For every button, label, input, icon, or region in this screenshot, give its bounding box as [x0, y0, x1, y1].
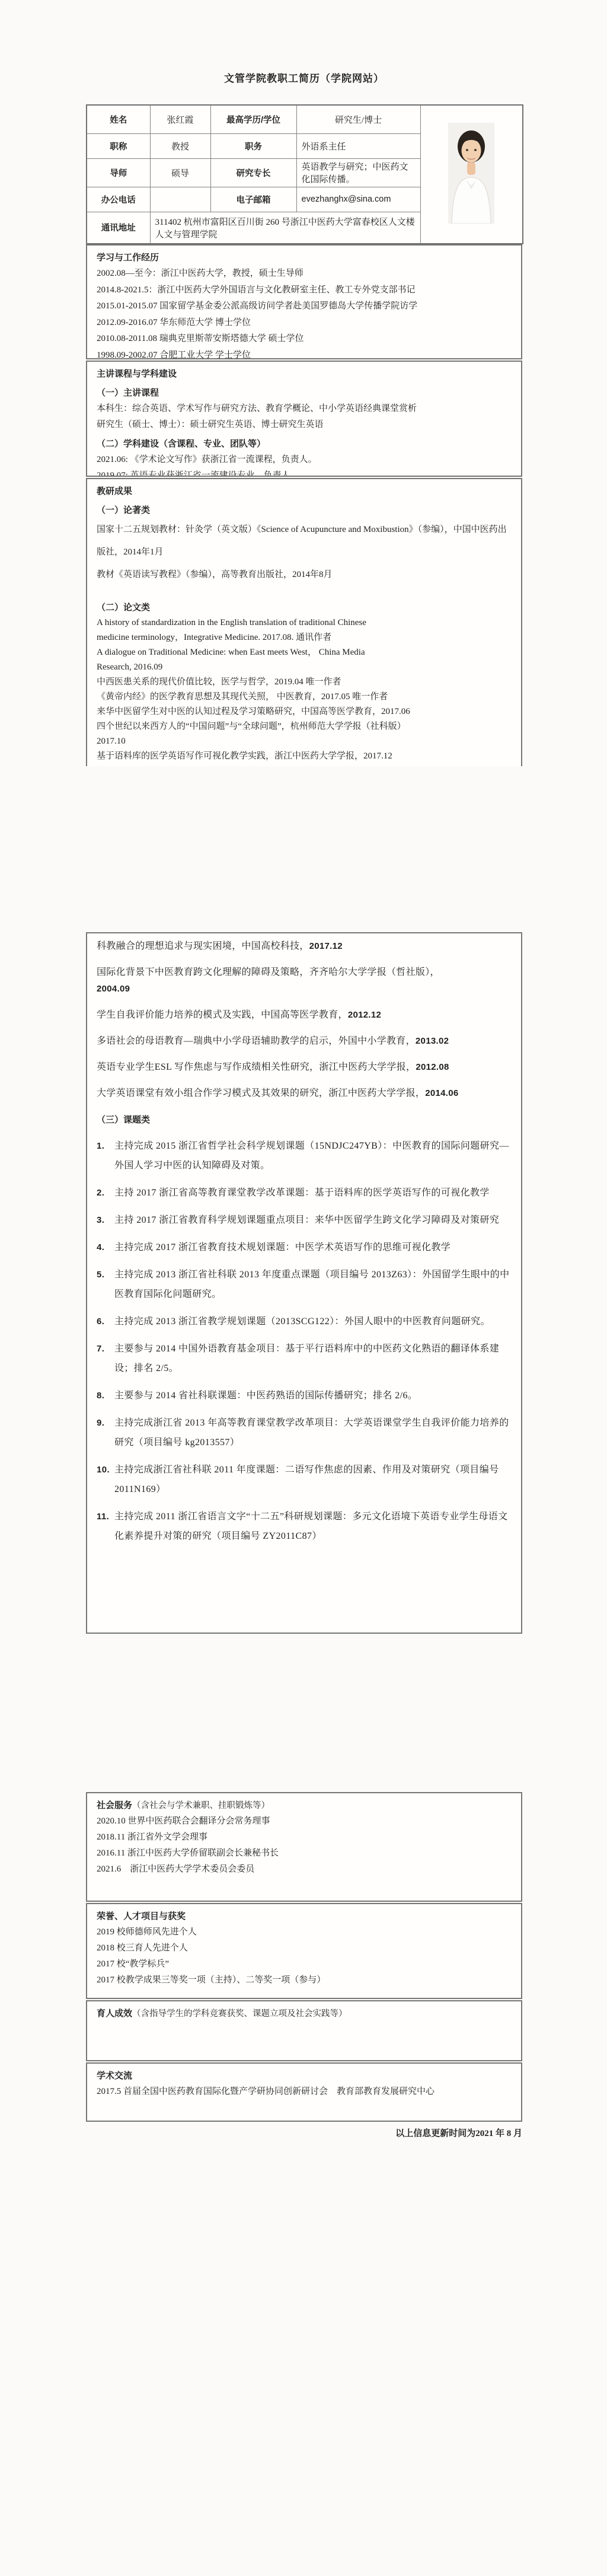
section-note: （含社会与学术兼职、挂职锻炼等）	[132, 1801, 270, 1810]
project-item: 10.主持完成浙江省社科联 2011 年度课题：二语写作焦虑的因素、作用及对策研…	[97, 1460, 512, 1499]
field-label-phone: 办公电话	[87, 187, 150, 212]
project-number: 2.	[97, 1183, 114, 1203]
paper-line: medicine terminology，Integrative Medicin…	[97, 630, 512, 645]
section-title: 育人成效	[97, 2008, 132, 2019]
honor-line: 2018 校三育人先进个人	[97, 1940, 512, 1956]
project-item: 4.主持完成 2017 浙江省教育技术规划课题：中医学术英语写作的思维可视化教学	[97, 1238, 512, 1257]
paper-line: 中西医患关系的现代价值比较，医学与哲学，2019.04 唯一作者	[97, 675, 512, 690]
field-label-email: 电子邮箱	[210, 187, 296, 212]
teaching-line: 研究生（硕士、博士）：硕士研究生英语、博士研究生英语	[97, 417, 512, 433]
project-text: 主持完成浙江省 2013 年高等教育课堂教学改革项目：大学英语课堂学生自我评价能…	[114, 1413, 512, 1452]
field-value-mentor: 硕导	[150, 158, 210, 187]
project-item: 8.主要参与 2014 省社科联课题：中医药熟语的国际传播研究；排名 2/6。	[97, 1386, 512, 1405]
field-label-address: 通讯地址	[87, 212, 150, 244]
update-time-note: 以上信息更新时间为2021 年 8 月	[86, 2127, 522, 2139]
document-page: 文管学院教职工简历（学院网站） 姓名 张红霞 最高学历/学位 研究生/博士	[0, 0, 607, 2576]
project-text: 主持完成 2013 浙江省社科联 2013 年度重点课题（项目编号 2013Z6…	[114, 1265, 512, 1304]
section-service: 社会服务（含社会与学术兼职、挂职锻炼等） 2020.10 世界中医药联合会翻译分…	[86, 1792, 522, 1902]
paper-line: 学生自我评价能力培养的模式及实践，中国高等医学教育，2012.12	[97, 1007, 512, 1024]
info-table: 姓名 张红霞 最高学历/学位 研究生/博士	[86, 104, 523, 244]
project-number: 5.	[97, 1265, 114, 1304]
profile-photo	[448, 123, 494, 224]
paper-line: A history of standardization in the Engl…	[97, 616, 512, 630]
project-number: 9.	[97, 1413, 114, 1452]
subsection-title: （三）课题类	[97, 1112, 512, 1128]
project-item: 2.主持 2017 浙江省高等教育课堂教学改革课题：基于语料库的医学英语写作的可…	[97, 1183, 512, 1203]
paper-date: 2012.12	[348, 1010, 381, 1020]
table-row: 姓名 张红霞 最高学历/学位 研究生/博士	[87, 105, 523, 133]
paper-text: 学生自我评价能力培养的模式及实践，中国高等医学教育，	[97, 1010, 348, 1020]
photo-cell	[420, 105, 523, 244]
paper-date: 2013.02	[416, 1036, 449, 1046]
project-item: 11.主持完成 2011 浙江省语言文字“十二五”科研规划课题：多元文化语境下英…	[97, 1507, 512, 1546]
experience-line: 2015.01-2015.07 国家留学基金委公派高级访问学者赴美国罗德岛大学传…	[97, 298, 512, 315]
project-item: 3.主持 2017 浙江省教育科学规划课题重点项目：来华中医留学生跨文化学习障碍…	[97, 1210, 512, 1230]
project-text: 主要参与 2014 中国外语教育基金项目：基于平行语料库中的中医药文化熟语的翻译…	[114, 1339, 512, 1378]
paper-text: 大学英语课堂有效小组合作学习模式及其效果的研究，浙江中医药大学学报，	[97, 1088, 425, 1098]
paper-date: 2012.08	[416, 1062, 449, 1072]
field-label-mentor: 导师	[87, 158, 150, 187]
paper-line: 英语专业学生ESL 写作焦虑与写作成绩相关性研究，浙江中医药大学学报，2012.…	[97, 1059, 512, 1076]
paper-text: 多语社会的母语教育—瑞典中小学母语辅助教学的启示，外国中小学教育，	[97, 1036, 416, 1046]
project-number: 3.	[97, 1210, 114, 1230]
field-value-specialty: 英语教学与研究；中医药文化国际传播。	[296, 158, 420, 187]
field-label-position: 职务	[210, 133, 296, 158]
document-title: 文管学院教职工简历（学院网站）	[86, 70, 522, 85]
subsection-title: （一）主讲课程	[97, 385, 512, 401]
field-value-name: 张红霞	[150, 105, 210, 133]
project-number: 1.	[97, 1136, 114, 1175]
field-label-title: 职称	[87, 133, 150, 158]
paper-line: 2017.10	[97, 734, 512, 749]
project-number: 10.	[97, 1460, 114, 1499]
project-number: 11.	[97, 1507, 114, 1546]
section-header: 育人成效（含指导学生的学科竞赛获奖、课题立项及社会实践等）	[97, 2006, 512, 2022]
paper-line: 多语社会的母语教育—瑞典中小学母语辅助教学的启示，外国中小学教育，2013.02	[97, 1033, 512, 1050]
honor-line: 2019 校师德师风先进个人	[97, 1924, 512, 1940]
project-text: 主持完成浙江省社科联 2011 年度课题：二语写作焦虑的因素、作用及对策研究（项…	[114, 1460, 512, 1499]
project-number: 4.	[97, 1238, 114, 1257]
section-experience: 学习与工作经历 2002.08—至今：浙江中医药大学，教授，硕士生导师 2014…	[86, 244, 522, 359]
section-exchange: 学术交流 2017.5 首届全国中医药教育国际化暨产学研协同创新研讨会 教育部教…	[86, 2062, 522, 2122]
section-title: 荣誉、人才项目与获奖	[97, 1909, 512, 1924]
book-entry: 教材《英语读写教程》（参编），高等教育出版社，2014年8月	[97, 563, 512, 586]
field-value-title: 教授	[150, 133, 210, 158]
section-note: （含指导学生的学科竞赛获奖、课题立项及社会实践等）	[132, 2009, 347, 2019]
experience-line: 2010.08-2011.08 瑞典克里斯蒂安斯塔德大学 硕士学位	[97, 331, 512, 347]
project-text: 主持 2017 浙江省教育科学规划课题重点项目：来华中医留学生跨文化学习障碍及对…	[114, 1210, 512, 1230]
exchange-line: 2017.5 首届全国中医药教育国际化暨产学研协同创新研讨会 教育部教育发展研究…	[97, 2084, 512, 2100]
paper-line: Research, 2016.09	[97, 660, 512, 675]
field-value-email: evezhanghx@sina.com	[296, 187, 420, 212]
book-entry: 国家十二五规划教材：针灸学（英文版）《Science of Acupunctur…	[97, 518, 512, 563]
experience-line: 1998.09-2002.07 合肥工业大学 学士学位	[97, 347, 512, 360]
field-value-degree: 研究生/博士	[296, 105, 420, 133]
paper-line: 基于语料库的医学英语写作可视化教学实践，浙江中医药大学学报，2017.12	[97, 749, 512, 764]
field-label-degree: 最高学历/学位	[210, 105, 296, 133]
service-line: 2018.11 浙江省外文学会理事	[97, 1829, 512, 1845]
paper-date: 2014.06	[425, 1088, 458, 1098]
service-line: 2020.10 世界中医药联合会翻译分会常务理事	[97, 1813, 512, 1829]
subsection-title: （二）学科建设（含课程、专业、团队等）	[97, 436, 512, 452]
section-header: 社会服务（含社会与学术兼职、挂职锻炼等）	[97, 1798, 512, 1813]
project-text: 主持完成 2011 浙江省语言文字“十二五”科研规划课题：多元文化语境下英语专业…	[114, 1507, 512, 1546]
field-label-name: 姓名	[87, 105, 150, 133]
section-title: 社会服务	[97, 1800, 132, 1810]
teaching-line: 2021.06: 《学术论文写作》获浙江省一流课程，负责人。	[97, 452, 512, 468]
field-value-phone	[150, 187, 210, 212]
paper-line: 大学英语课堂有效小组合作学习模式及其效果的研究，浙江中医药大学学报，2014.0…	[97, 1085, 512, 1102]
paper-line: 四个世纪以来西方人的“中国问题”与“全球问题”，杭州师范大学学报（社科版）	[97, 719, 512, 734]
paper-line: 来华中医留学生对中医的认知过程及学习策略研究，中国高等医学教育，2017.06	[97, 704, 512, 719]
project-item: 1.主持完成 2015 浙江省哲学社会科学规划课题（15NDJC247YB）：中…	[97, 1136, 512, 1175]
section-title: 学术交流	[97, 2068, 512, 2084]
section-research: 教研成果 （一）论著类 国家十二五规划教材：针灸学（英文版）《Science o…	[86, 478, 522, 766]
paper-date: 2017.12	[309, 941, 343, 951]
experience-line: 2012.09-2016.07 华东师范大学 博士学位	[97, 315, 512, 331]
experience-line: 2014.8-2021.5：浙江中医药大学外国语言与文化教研室主任、教工专外党支…	[97, 282, 512, 299]
project-number: 6.	[97, 1312, 114, 1331]
paper-text: 科教融合的理想追求与现实困境，中国高校科技，	[97, 941, 309, 951]
section-research-continued: 科教融合的理想追求与现实困境，中国高校科技，2017.12 国际化背景下中医教育…	[86, 932, 522, 1634]
project-text: 主要参与 2014 省社科联课题：中医药熟语的国际传播研究；排名 2/6。	[114, 1386, 512, 1405]
paper-line: A dialogue on Traditional Medicine: when…	[97, 645, 512, 660]
section-title: 主讲课程与学科建设	[97, 366, 512, 382]
project-text: 主持完成 2015 浙江省哲学社会科学规划课题（15NDJC247YB）：中医教…	[114, 1136, 512, 1175]
project-number: 8.	[97, 1386, 114, 1405]
paper-text: 英语专业学生ESL 写作焦虑与写作成绩相关性研究，浙江中医药大学学报，	[97, 1062, 416, 1072]
field-value-address: 311402 杭州市富阳区百川街 260 号浙江中医药大学富春校区人文楼 人文与…	[150, 212, 420, 244]
project-item: 6.主持完成 2013 浙江省教学规划课题（2013SCG122）：外国人眼中的…	[97, 1312, 512, 1331]
subsection-title: （一）论著类	[97, 503, 512, 518]
project-item: 7.主要参与 2014 中国外语教育基金项目：基于平行语料库中的中医药文化熟语的…	[97, 1339, 512, 1378]
teaching-line: 2019.07: 英语专业获浙江省一流建设专业，负责人。	[97, 468, 512, 477]
project-item: 5.主持完成 2013 浙江省社科联 2013 年度重点课题（项目编号 2013…	[97, 1265, 512, 1304]
project-number: 7.	[97, 1339, 114, 1378]
section-title: 教研成果	[97, 484, 512, 499]
field-value-position: 外语系主任	[296, 133, 420, 158]
subsection-title: （二）论文类	[97, 600, 512, 616]
section-honors: 荣誉、人才项目与获奖 2019 校师德师风先进个人 2018 校三育人先进个人 …	[86, 1903, 522, 1999]
project-item: 9.主持完成浙江省 2013 年高等教育课堂教学改革项目：大学英语课堂学生自我评…	[97, 1413, 512, 1452]
honor-line: 2017 校教学成果三等奖一项（主持）、二等奖一项（参与）	[97, 1972, 512, 1988]
project-text: 主持 2017 浙江省高等教育课堂教学改革课题：基于语料库的医学英语写作的可视化…	[114, 1183, 512, 1203]
service-line: 2016.11 浙江中医药大学侨留联副会长兼秘书长	[97, 1845, 512, 1861]
portrait-illustration	[448, 123, 494, 224]
paper-line: 国际化背景下中医教育跨文化理解的障碍及策略，齐齐哈尔大学学报（哲社版），2004…	[97, 964, 512, 997]
honor-line: 2017 校“教学标兵”	[97, 1956, 512, 1972]
section-title: 学习与工作经历	[97, 250, 512, 266]
field-label-specialty: 研究专长	[210, 158, 296, 187]
paper-line: 科教融合的理想追求与现实困境，中国高校科技，2017.12	[97, 938, 512, 955]
project-text: 主持完成 2017 浙江省教育技术规划课题：中医学术英语写作的思维可视化教学	[114, 1238, 512, 1257]
paper-date: 2004.09	[97, 981, 512, 997]
section-teaching: 主讲课程与学科建设 （一）主讲课程 本科生：综合英语、学术写作与研究方法、教育学…	[86, 361, 522, 477]
project-text: 主持完成 2013 浙江省教学规划课题（2013SCG122）：外国人眼中的中医…	[114, 1312, 512, 1331]
experience-line: 2002.08—至今：浙江中医药大学，教授，硕士生导师	[97, 266, 512, 282]
paper-text: 国际化背景下中医教育跨文化理解的障碍及策略，齐齐哈尔大学学报（哲社版），	[97, 967, 440, 977]
service-line: 2021.6 浙江中医药大学学术委员会委员	[97, 1861, 512, 1877]
teaching-line: 本科生：综合英语、学术写作与研究方法、教育学概论、中小学英语经典课堂赏析	[97, 401, 512, 417]
paper-line: 《黄帝内经》的医学教育思想及其现代关照， 中医教育，2017.05 唯一作者	[97, 690, 512, 704]
section-mentoring: 育人成效（含指导学生的学科竞赛获奖、课题立项及社会实践等）	[86, 2000, 522, 2061]
